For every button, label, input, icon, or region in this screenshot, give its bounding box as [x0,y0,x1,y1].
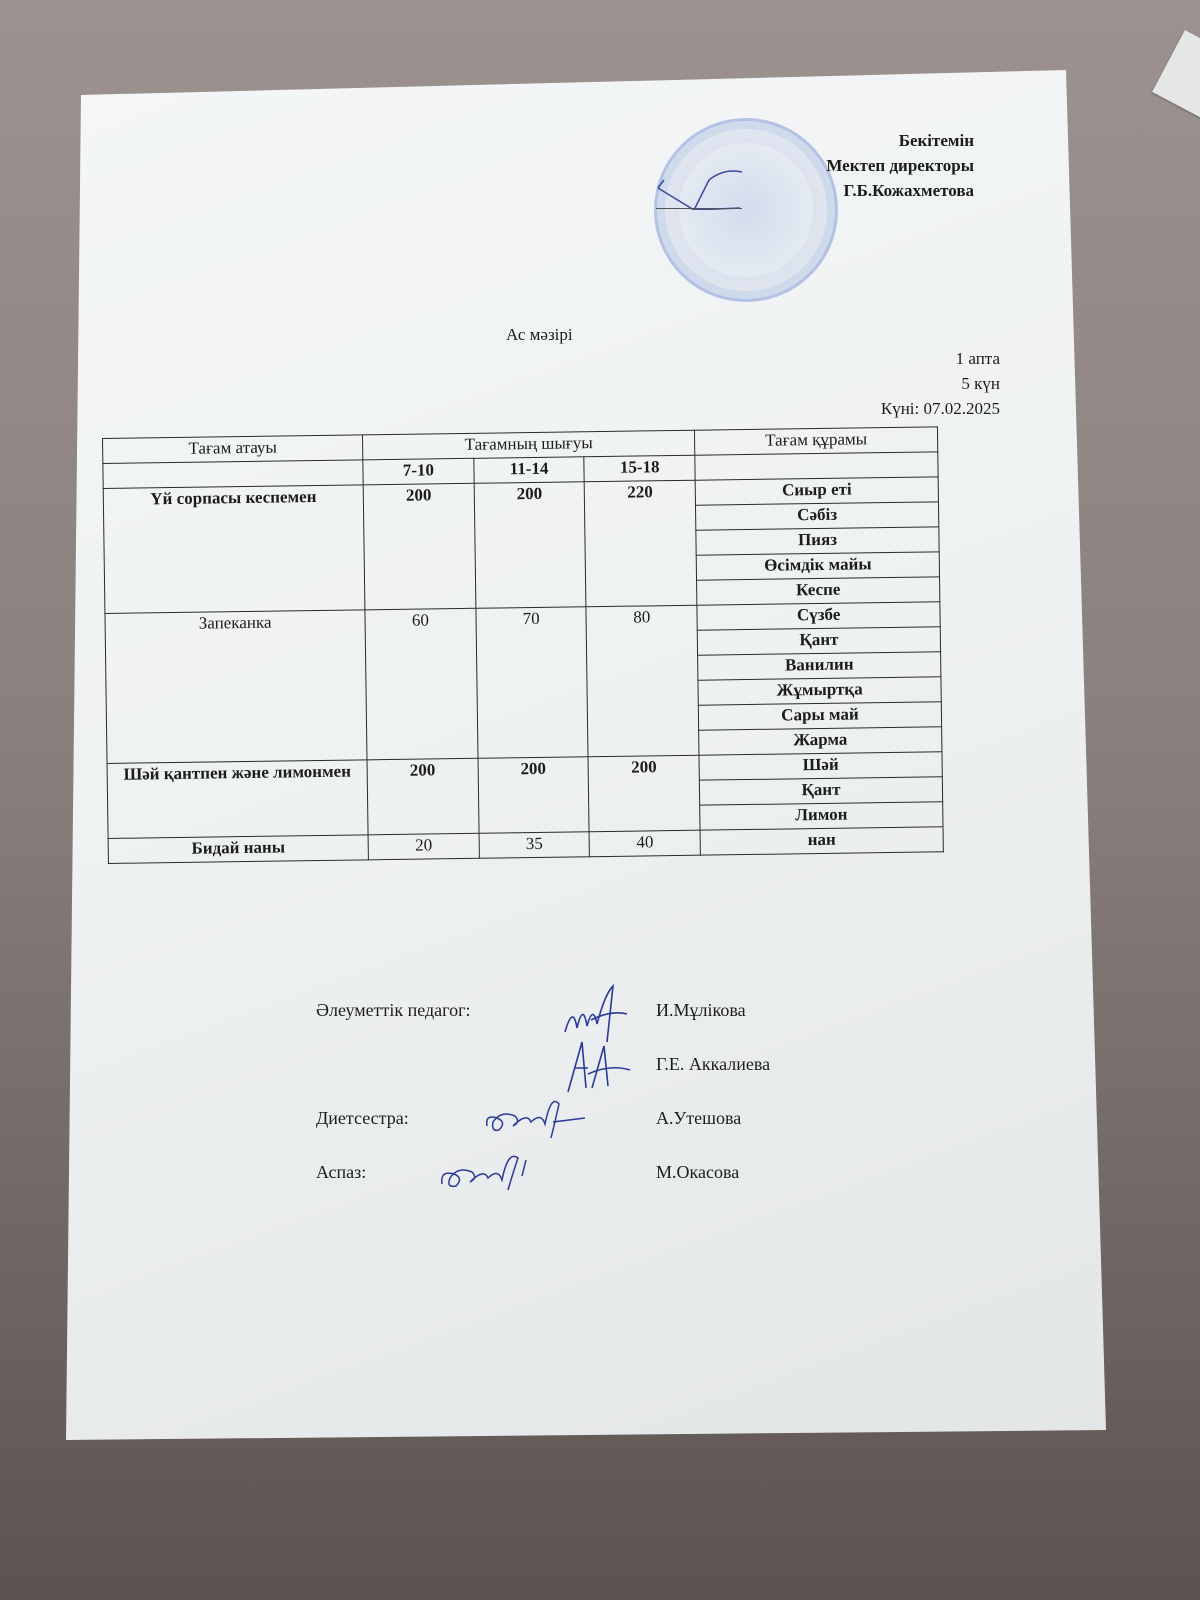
handwritten-signature-icon [481,1092,591,1142]
ingredient-cell: Кеспе [697,577,940,605]
handwritten-signature-icon [564,1038,634,1098]
dish-yield-value: 80 [586,605,699,757]
day-label: 5 күн [881,371,1000,396]
ingredient-cell: Сары май [698,702,941,730]
header-blank [103,460,363,489]
header-composition: Тағам құрамы [695,427,938,455]
dish-name: Үй сорпасы кеспемен [103,485,365,614]
signature-role: Диетсестра: [316,1108,409,1129]
dish-yield-value: 200 [478,757,590,834]
signature-person: И.Мұлікова [656,1000,746,1021]
ingredient-cell: Пияз [696,527,939,555]
ingredient-cell: Өсімдік майы [696,552,939,580]
dish-yield-value: 200 [474,482,586,609]
dish-yield-value: 200 [363,483,475,610]
dish-yield-value: 40 [589,830,700,857]
ingredient-cell: Сүзбе [697,602,940,630]
director-signature-line [656,208,742,209]
signature-person: А.Утешова [656,1108,741,1129]
approval-line-1: Бекітемін [826,128,974,153]
ingredient-cell: Қант [699,777,942,805]
ingredient-cell: Жұмыртқа [698,677,941,705]
document-title: Ас мәзірі [506,325,573,345]
menu-table: Тағам атауы Тағамның шығуы Тағам құрамы … [102,426,944,864]
date-label: Күні: 07.02.2025 [881,396,1000,421]
approval-line-2: Мектеп директоры [826,153,974,178]
ingredient-cell: Сәбіз [696,502,939,530]
ingredient-cell: нан [700,827,943,855]
dish-yield-value: 20 [368,833,479,860]
ingredient-cell: Сиыр еті [695,477,938,505]
director-signature-icon [654,160,744,210]
signature-role: Әлеуметтік педагог: [316,1000,471,1021]
dish-yield-value: 60 [365,608,478,760]
approval-block: Бекітемін Мектеп директоры Г.Б.Кожахмето… [826,128,974,203]
ingredient-cell: Ванилин [698,652,941,680]
dish-yield-value: 200 [588,755,700,832]
paper-scrap [1152,30,1200,120]
ingredient-cell: Жарма [699,727,942,755]
signature-person: Г.Е. Аккалиева [656,1054,770,1075]
ingredient-cell: Қант [697,627,940,655]
header-age-11-14: 11-14 [474,457,585,484]
ingredient-cell: Шәй [699,752,942,780]
dish-yield-value: 35 [479,832,590,859]
dish-yield-value: 200 [367,758,479,835]
signature-person: М.Окасова [656,1162,739,1183]
header-dish-name: Тағам атауы [103,435,363,464]
dish-name: Бидай наны [108,835,368,864]
header-age-15-18: 15-18 [584,455,695,482]
official-stamp [654,118,838,302]
menu-meta: 1 апта 5 күн Күні: 07.02.2025 [881,346,1000,421]
dish-rows: Үй сорпасы кеспемен200200220Сиыр етіСәбі… [103,477,943,864]
dish-name: Шәй қантпен және лимонмен [107,760,368,839]
header-age-7-10: 7-10 [363,458,474,485]
header-blank [695,452,938,480]
handwritten-signature-icon [436,1146,546,1196]
handwritten-signature-icon [561,984,631,1044]
week-label: 1 апта [881,346,1000,371]
signature-role: Аспаз: [316,1162,366,1183]
ingredient-cell: Лимон [700,802,943,830]
dish-name: Запеканка [105,610,367,764]
dish-yield-value: 220 [585,480,697,607]
approval-line-3: Г.Б.Кожахметова [826,178,974,203]
document-sheet: Бекітемін Мектеп директоры Г.Б.Кожахмето… [66,70,1106,1440]
dish-yield-value: 70 [476,607,589,759]
